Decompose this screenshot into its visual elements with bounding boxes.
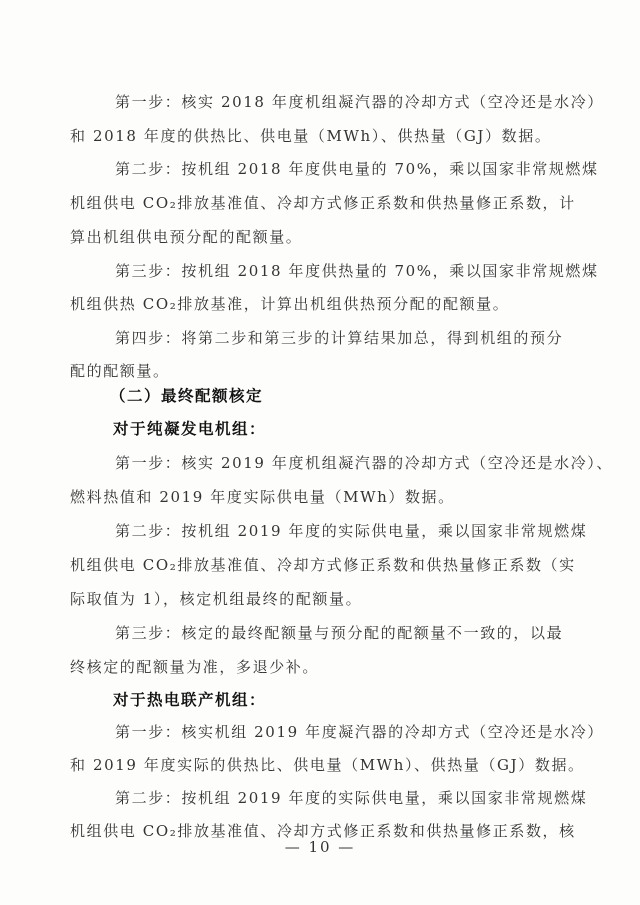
paragraph-line: 第一步：核实 2018 年度机组凝汽器的冷却方式（空冷还是水冷） (115, 91, 570, 113)
paragraph-line: 第三步：按机组 2018 年度供热量的 70%，乘以国家非常规燃煤 (115, 260, 570, 282)
document-page: 第一步：核实 2018 年度机组凝汽器的冷却方式（空冷还是水冷） 和 2018 … (0, 0, 640, 905)
paragraph-line: 第二步：按机组 2018 年度供电量的 70%，乘以国家非常规燃煤 (115, 158, 570, 180)
paragraph-line: 第一步：核实机组 2019 年度凝汽器的冷却方式（空冷还是水冷） (115, 721, 570, 743)
page-number: — 10 — (0, 838, 640, 856)
paragraph-line: 和 2018 年度的供热比、供电量（MWh）、供热量（GJ）数据。 (70, 125, 570, 147)
paragraph-line: 燃料热值和 2019 年度实际供电量（MWh）数据。 (70, 486, 570, 508)
paragraph-line: 第一步：核实 2019 年度机组凝汽器的冷却方式（空冷还是水冷）、 (115, 452, 570, 474)
subsection-heading-pure-condensing: 对于纯凝发电机组： (113, 418, 266, 440)
paragraph-line: 第二步：按机组 2019 年度的实际供电量，乘以国家非常规燃煤 (115, 520, 570, 542)
section-heading: （二）最终配额核定 (110, 385, 263, 407)
paragraph-line: 算出机组供电预分配的配额量。 (70, 226, 570, 248)
paragraph-line: 机组供电 CO₂排放基准值、冷却方式修正系数和供热量修正系数（实 (70, 554, 570, 576)
paragraph-line: 机组供热 CO₂排放基准，计算出机组供热预分配的配额量。 (70, 293, 570, 315)
paragraph-line: 和 2019 年度实际的供热比、供电量（MWh）、供热量（GJ）数据。 (70, 754, 570, 776)
paragraph-line: 配的配额量。 (70, 360, 570, 382)
paragraph-line: 机组供电 CO₂排放基准值、冷却方式修正系数和供热量修正系数，计 (70, 192, 570, 214)
paragraph-line: 终核定的配额量为准，多退少补。 (70, 656, 570, 678)
subsection-heading-chp: 对于热电联产机组： (113, 689, 266, 711)
paragraph-line: 际取值为 1），核定机组最终的配额量。 (70, 588, 570, 610)
paragraph-line: 第三步：核定的最终配额量与预分配的配额量不一致的，以最 (115, 622, 570, 644)
paragraph-line: 第二步：按机组 2019 年度的实际供电量，乘以国家非常规燃煤 (115, 787, 570, 809)
paragraph-line: 第四步：将第二步和第三步的计算结果加总，得到机组的预分 (115, 327, 570, 349)
